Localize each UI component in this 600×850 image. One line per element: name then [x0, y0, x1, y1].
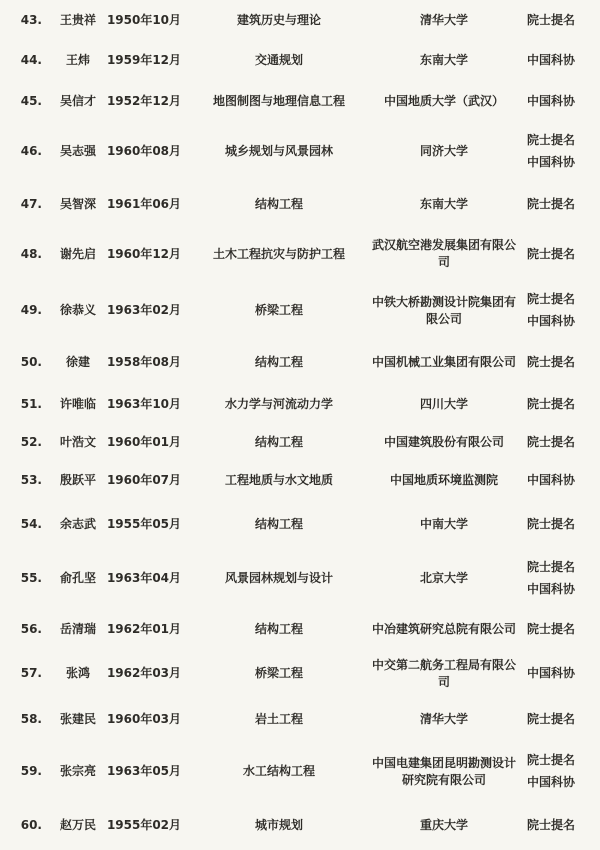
birth-date: 1960年08月 [100, 122, 188, 181]
organization: 中国地质大学（武汉） [370, 81, 518, 122]
candidate-name: 俞孔坚 [56, 549, 100, 608]
table-row: 49.徐恭义1963年02月桥梁工程中铁大桥勘测设计院集团有限公司院士提名中国科… [0, 281, 600, 340]
candidate-name: 张宗亮 [56, 743, 100, 800]
nomination-channels: 院士提名 [518, 227, 600, 281]
specialty: 交通规划 [188, 40, 370, 81]
table-row: 55.俞孔坚1963年04月风景园林规划与设计北京大学院士提名中国科协 [0, 549, 600, 608]
organization: 中国地质环境监测院 [370, 461, 518, 500]
table-row: 45.吴信才1952年12月地图制图与地理信息工程中国地质大学（武汉）中国科协 [0, 81, 600, 122]
birth-date: 1950年10月 [100, 0, 188, 40]
nomination-channel: 院士提名 [518, 559, 584, 576]
specialty: 结构工程 [188, 424, 370, 461]
candidate-name: 张建民 [56, 696, 100, 743]
nomination-channel: 院士提名 [518, 621, 584, 638]
candidate-name: 赵万民 [56, 800, 100, 850]
specialty: 城市规划 [188, 800, 370, 850]
row-number: 60. [0, 800, 56, 850]
nomination-channels: 院士提名 [518, 500, 600, 549]
nomination-channel: 中国科协 [518, 774, 584, 791]
specialty: 地图制图与地理信息工程 [188, 81, 370, 122]
nomination-channel: 院士提名 [518, 196, 584, 213]
organization: 中国建筑股份有限公司 [370, 424, 518, 461]
birth-date: 1963年04月 [100, 549, 188, 608]
specialty: 土木工程抗灾与防护工程 [188, 227, 370, 281]
nomination-channels: 院士提名 [518, 800, 600, 850]
table-row: 59.张宗亮1963年05月水工结构工程中国电建集团昆明勘测设计研究院有限公司院… [0, 743, 600, 800]
nomination-channels: 院士提名 [518, 385, 600, 424]
candidate-name: 余志武 [56, 500, 100, 549]
specialty: 建筑历史与理论 [188, 0, 370, 40]
birth-date: 1963年10月 [100, 385, 188, 424]
specialty: 桥梁工程 [188, 651, 370, 696]
organization: 北京大学 [370, 549, 518, 608]
birth-date: 1960年03月 [100, 696, 188, 743]
candidates-table: 43.王贵祥1950年10月建筑历史与理论清华大学院士提名44.王炜1959年1… [0, 0, 600, 850]
row-number: 44. [0, 40, 56, 81]
nomination-channels: 中国科协 [518, 81, 600, 122]
nomination-channel: 院士提名 [518, 752, 584, 769]
table-row: 47.吴智深1961年06月结构工程东南大学院士提名 [0, 181, 600, 227]
organization: 中国机械工业集团有限公司 [370, 340, 518, 385]
candidate-name: 吴智深 [56, 181, 100, 227]
nomination-channel: 中国科协 [518, 581, 584, 598]
organization: 中交第二航务工程局有限公司 [370, 651, 518, 696]
table-row: 50.徐建1958年08月结构工程中国机械工业集团有限公司院士提名 [0, 340, 600, 385]
candidate-name: 王炜 [56, 40, 100, 81]
candidate-name: 吴信才 [56, 81, 100, 122]
birth-date: 1958年08月 [100, 340, 188, 385]
nomination-channel: 中国科协 [518, 665, 584, 682]
row-number: 59. [0, 743, 56, 800]
specialty: 结构工程 [188, 608, 370, 651]
organization: 东南大学 [370, 40, 518, 81]
nomination-channels: 院士提名中国科协 [518, 549, 600, 608]
row-number: 56. [0, 608, 56, 651]
row-number: 50. [0, 340, 56, 385]
table-row: 48.谢先启1960年12月土木工程抗灾与防护工程武汉航空港发展集团有限公司院士… [0, 227, 600, 281]
table-row: 53.殷跃平1960年07月工程地质与水文地质中国地质环境监测院中国科协 [0, 461, 600, 500]
row-number: 46. [0, 122, 56, 181]
table-row: 54.余志武1955年05月结构工程中南大学院士提名 [0, 500, 600, 549]
nomination-channel: 中国科协 [518, 154, 584, 171]
organization: 东南大学 [370, 181, 518, 227]
birth-date: 1962年03月 [100, 651, 188, 696]
table-row: 60.赵万民1955年02月城市规划重庆大学院士提名 [0, 800, 600, 850]
candidate-name: 许唯临 [56, 385, 100, 424]
specialty: 风景园林规划与设计 [188, 549, 370, 608]
nomination-channels: 院士提名中国科协 [518, 281, 600, 340]
birth-date: 1959年12月 [100, 40, 188, 81]
birth-date: 1961年06月 [100, 181, 188, 227]
row-number: 47. [0, 181, 56, 227]
nomination-channel: 院士提名 [518, 246, 584, 263]
candidate-name: 吴志强 [56, 122, 100, 181]
specialty: 城乡规划与风景园林 [188, 122, 370, 181]
specialty: 工程地质与水文地质 [188, 461, 370, 500]
nomination-channel: 院士提名 [518, 354, 584, 371]
organization: 中国电建集团昆明勘测设计研究院有限公司 [370, 743, 518, 800]
nomination-channels: 院士提名 [518, 608, 600, 651]
row-number: 53. [0, 461, 56, 500]
organization: 清华大学 [370, 0, 518, 40]
organization: 同济大学 [370, 122, 518, 181]
table-row: 52.叶浩文1960年01月结构工程中国建筑股份有限公司院士提名 [0, 424, 600, 461]
row-number: 58. [0, 696, 56, 743]
row-number: 48. [0, 227, 56, 281]
birth-date: 1963年05月 [100, 743, 188, 800]
nomination-channels: 院士提名 [518, 340, 600, 385]
organization: 清华大学 [370, 696, 518, 743]
table-row: 58.张建民1960年03月岩土工程清华大学院士提名 [0, 696, 600, 743]
nomination-channels: 院士提名 [518, 181, 600, 227]
nomination-channels: 院士提名中国科协 [518, 122, 600, 181]
specialty: 结构工程 [188, 500, 370, 549]
row-number: 51. [0, 385, 56, 424]
birth-date: 1960年12月 [100, 227, 188, 281]
nomination-channel: 中国科协 [518, 313, 584, 330]
birth-date: 1960年01月 [100, 424, 188, 461]
organization: 四川大学 [370, 385, 518, 424]
birth-date: 1952年12月 [100, 81, 188, 122]
nomination-channels: 中国科协 [518, 40, 600, 81]
organization: 武汉航空港发展集团有限公司 [370, 227, 518, 281]
nomination-channel: 中国科协 [518, 472, 584, 489]
nomination-channel: 院士提名 [518, 132, 584, 149]
row-number: 49. [0, 281, 56, 340]
table-row: 44.王炜1959年12月交通规划东南大学中国科协 [0, 40, 600, 81]
specialty: 结构工程 [188, 181, 370, 227]
row-number: 55. [0, 549, 56, 608]
birth-date: 1963年02月 [100, 281, 188, 340]
nomination-channel: 院士提名 [518, 434, 584, 451]
table-row: 56.岳清瑞1962年01月结构工程中冶建筑研究总院有限公司院士提名 [0, 608, 600, 651]
specialty: 水工结构工程 [188, 743, 370, 800]
specialty: 结构工程 [188, 340, 370, 385]
nomination-channels: 院士提名 [518, 0, 600, 40]
nomination-channel: 中国科协 [518, 93, 584, 110]
candidate-name: 谢先启 [56, 227, 100, 281]
nomination-channel: 院士提名 [518, 817, 584, 834]
birth-date: 1955年05月 [100, 500, 188, 549]
row-number: 52. [0, 424, 56, 461]
row-number: 57. [0, 651, 56, 696]
candidate-name: 岳清瑞 [56, 608, 100, 651]
nomination-channel: 院士提名 [518, 516, 584, 533]
candidate-name: 王贵祥 [56, 0, 100, 40]
row-number: 54. [0, 500, 56, 549]
nomination-channels: 院士提名 [518, 424, 600, 461]
nomination-channel: 院士提名 [518, 396, 584, 413]
organization: 中铁大桥勘测设计院集团有限公司 [370, 281, 518, 340]
table-row: 43.王贵祥1950年10月建筑历史与理论清华大学院士提名 [0, 0, 600, 40]
organization: 重庆大学 [370, 800, 518, 850]
nomination-channel: 院士提名 [518, 12, 584, 29]
table-row: 51.许唯临1963年10月水力学与河流动力学四川大学院士提名 [0, 385, 600, 424]
candidate-name: 徐建 [56, 340, 100, 385]
specialty: 岩土工程 [188, 696, 370, 743]
table-row: 57.张鸿1962年03月桥梁工程中交第二航务工程局有限公司中国科协 [0, 651, 600, 696]
candidate-name: 徐恭义 [56, 281, 100, 340]
table-row: 46.吴志强1960年08月城乡规划与风景园林同济大学院士提名中国科协 [0, 122, 600, 181]
nomination-channels: 院士提名中国科协 [518, 743, 600, 800]
table-body: 43.王贵祥1950年10月建筑历史与理论清华大学院士提名44.王炜1959年1… [0, 0, 600, 850]
nomination-channels: 中国科协 [518, 461, 600, 500]
specialty: 桥梁工程 [188, 281, 370, 340]
specialty: 水力学与河流动力学 [188, 385, 370, 424]
nomination-channel: 院士提名 [518, 711, 584, 728]
birth-date: 1960年07月 [100, 461, 188, 500]
organization: 中南大学 [370, 500, 518, 549]
candidate-name: 叶浩文 [56, 424, 100, 461]
nomination-channels: 中国科协 [518, 651, 600, 696]
nomination-channel: 院士提名 [518, 291, 584, 308]
birth-date: 1962年01月 [100, 608, 188, 651]
candidate-name: 张鸿 [56, 651, 100, 696]
row-number: 43. [0, 0, 56, 40]
organization: 中冶建筑研究总院有限公司 [370, 608, 518, 651]
row-number: 45. [0, 81, 56, 122]
candidate-name: 殷跃平 [56, 461, 100, 500]
birth-date: 1955年02月 [100, 800, 188, 850]
nomination-channels: 院士提名 [518, 696, 600, 743]
nomination-channel: 中国科协 [518, 52, 584, 69]
